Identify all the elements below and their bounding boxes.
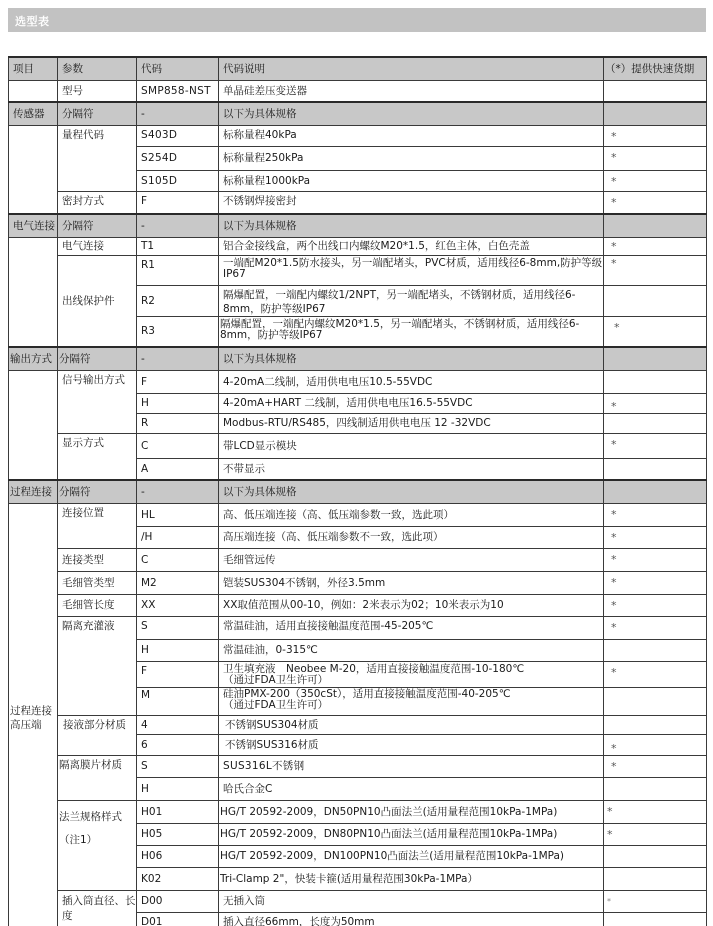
code-cell: S403D — [137, 125, 219, 146]
fast-cell: * — [604, 255, 707, 285]
table-row: 出线保护件 R1 一端配M20*1.5防水接头，另一端配堵头，PVC材质，适用线… — [9, 255, 707, 285]
fast-cell: * — [604, 734, 707, 755]
param-cell: 出线保护件 — [58, 255, 137, 347]
param-cell: 显示方式 — [58, 433, 137, 480]
desc-cell: 标称量程40kPa — [219, 125, 604, 146]
fast-cell: * — [604, 393, 707, 413]
code-cell: D01 — [137, 912, 219, 926]
code-cell: XX — [137, 594, 219, 616]
param-cell: 型号 — [58, 80, 137, 102]
fast-cell — [604, 687, 707, 715]
fast-cell — [604, 480, 707, 503]
param-cell: 插入筒直径、长度 — [58, 890, 137, 926]
desc-cell: 卫生填充液 Neobee M-20，适用直接接触温度范围-10-180℃ （通过… — [219, 661, 604, 687]
fast-cell: * — [604, 571, 707, 594]
param-cell: 分隔符 — [58, 102, 137, 125]
code-cell: H — [137, 393, 219, 413]
fast-cell: * — [604, 316, 707, 347]
code-cell: T1 — [137, 237, 219, 255]
desc-cell: 一端配M20*1.5防水接头，另一端配堵头，PVC材质，适用线径6-8mm,防护… — [219, 255, 604, 285]
table-row: 毛细管长度 XX XX取值范围从00-10，例如：2米表示为02；10米表示为1… — [9, 594, 707, 616]
item-cell: 过程连接 — [9, 480, 58, 503]
desc-line-1: 硅油PMX-200（350cSt），适用直接接触温度范围-40-205℃ — [223, 689, 603, 700]
header-param: 参数 — [58, 57, 137, 80]
param-cell: 分隔符 — [58, 480, 137, 503]
param-cell: 信号输出方式 — [58, 370, 137, 433]
desc-cell: 单晶硅差压变送器 — [219, 80, 604, 102]
header-code: 代码 — [137, 57, 219, 80]
code-cell: SMP858-NST — [137, 80, 219, 102]
param-cell: 接液部分材质 — [58, 715, 137, 755]
table-row: 毛细管类型 M2 铠装SUS304不锈钢，外径3.5mm * — [9, 571, 707, 594]
desc-cell: 标称量程1000kPa — [219, 170, 604, 191]
desc-cell: 不锈钢焊接密封 — [219, 191, 604, 214]
table-header-row: 项目 参数 代码 代码说明 （*）提供快速货期 — [9, 57, 707, 80]
fast-cell: * — [604, 433, 707, 458]
desc-cell: 以下为具体规格 — [219, 480, 604, 503]
fast-cell: * — [604, 125, 707, 146]
table-row: 电气连接 T1 铝合金接线盒，两个出线口内螺纹M20*1.5，红色主体，白色壳盖… — [9, 237, 707, 255]
param-cell: 隔离膜片材质 — [58, 755, 137, 800]
fast-cell — [604, 777, 707, 800]
fast-cell: * — [604, 616, 707, 639]
fast-cell: * — [604, 146, 707, 170]
item-cell — [9, 370, 58, 480]
code-cell: H01 — [137, 800, 219, 823]
fast-cell — [604, 102, 707, 125]
param-cell: 电气连接 — [58, 237, 137, 255]
param-cell: 连接类型 — [58, 548, 137, 571]
param-cell: 法兰规格样式 （注1） — [58, 800, 137, 890]
desc-cell: 常温硅油，0-315℃ — [219, 639, 604, 661]
separator-row: 输出方式 分隔符 - 以下为具体规格 — [9, 347, 707, 370]
param-cell: 分隔符 — [58, 214, 137, 237]
fast-cell — [604, 867, 707, 890]
separator-row: 电气连接 分隔符 - 以下为具体规格 — [9, 214, 707, 237]
fast-cell: * — [604, 503, 707, 526]
code-cell: F — [137, 191, 219, 214]
separator-row: 过程连接 分隔符 - 以下为具体规格 — [9, 480, 707, 503]
code-cell: 4 — [137, 715, 219, 734]
desc-line-2: （通过FDA卫生许可） — [223, 700, 603, 711]
code-cell: HL — [137, 503, 219, 526]
fast-cell: * — [604, 800, 707, 823]
fast-cell: * — [604, 526, 707, 548]
code-cell: C — [137, 433, 219, 458]
param-cell: 分隔符 — [58, 347, 137, 370]
fast-cell: * — [604, 594, 707, 616]
code-cell: /H — [137, 526, 219, 548]
param-cell: 毛细管类型 — [58, 571, 137, 594]
table-row: 法兰规格样式 （注1） H01 HG/T 20592-2009，DN50PN10… — [9, 800, 707, 823]
desc-cell: 以下为具体规格 — [219, 214, 604, 237]
fast-cell — [604, 214, 707, 237]
fast-cell — [604, 639, 707, 661]
param-cell: 量程代码 — [58, 125, 137, 191]
desc-cell: SUS316L不锈钢 — [219, 755, 604, 777]
table-row: 隔离膜片材质 S SUS316L不锈钢 * — [9, 755, 707, 777]
fast-cell — [604, 458, 707, 480]
desc-cell: 铝合金接线盒，两个出线口内螺纹M20*1.5，红色主体，白色壳盖 — [219, 237, 604, 255]
item-cell: 输出方式 — [9, 347, 58, 370]
code-cell: R2 — [137, 285, 219, 316]
desc-cell: 哈氏合金C — [219, 777, 604, 800]
param-cell: 隔离充灌液 — [58, 616, 137, 715]
desc-cell: HG/T 20592-2009，DN50PN10凸面法兰(适用量程范围10kPa… — [219, 800, 604, 823]
fast-cell — [604, 370, 707, 393]
header-item: 项目 — [9, 57, 58, 80]
desc-cell: HG/T 20592-2009，DN100PN10凸面法兰(适用量程范围10kP… — [219, 845, 604, 867]
code-cell: M — [137, 687, 219, 715]
code-cell: F — [137, 661, 219, 687]
param-cell: 密封方式 — [58, 191, 137, 214]
item-cell — [9, 125, 58, 214]
desc-cell: 不锈钢SUS316材质 — [219, 734, 604, 755]
fast-cell — [604, 413, 707, 433]
code-cell: H — [137, 639, 219, 661]
code-cell: 6 — [137, 734, 219, 755]
fast-cell — [604, 347, 707, 370]
desc-cell: 插入直径66mm，长度为50mm — [219, 912, 604, 926]
code-cell: S105D — [137, 170, 219, 191]
table-row: 显示方式 C 带LCD显示模块 * — [9, 433, 707, 458]
table-row: 隔离充灌液 S 常温硅油，适用直接接触温度范围-45-205℃ * — [9, 616, 707, 639]
item-cell: 传感器 — [9, 102, 58, 125]
code-cell: D00 — [137, 890, 219, 912]
code-cell: S — [137, 755, 219, 777]
table-row: 连接类型 C 毛细管远传 * — [9, 548, 707, 571]
item-cell: 过程连接高压端 — [9, 503, 58, 926]
fast-cell — [604, 285, 707, 316]
desc-cell: 无插入筒 — [219, 890, 604, 912]
fast-cell — [604, 845, 707, 867]
code-cell: M2 — [137, 571, 219, 594]
desc-cell: 4-20mA二线制，适用供电电压10.5-55VDC — [219, 370, 604, 393]
code-cell: S — [137, 616, 219, 639]
desc-cell: HG/T 20592-2009，DN80PN10凸面法兰(适用量程范围10kPa… — [219, 823, 604, 845]
code-cell: R — [137, 413, 219, 433]
code-cell: K02 — [137, 867, 219, 890]
table-row: 量程代码 S403D 标称量程40kPa * — [9, 125, 707, 146]
fast-cell: * — [604, 755, 707, 777]
code-cell: A — [137, 458, 219, 480]
fast-cell — [604, 912, 707, 926]
fast-cell — [604, 715, 707, 734]
flange-note: （注1） — [59, 829, 136, 852]
item-cell: 电气连接 — [9, 214, 58, 237]
fast-cell: * — [604, 170, 707, 191]
table-row: 插入筒直径、长度 D00 无插入筒 * — [9, 890, 707, 912]
desc-cell: 铠装SUS304不锈钢，外径3.5mm — [219, 571, 604, 594]
separator-row: 传感器 分隔符 - 以下为具体规格 — [9, 102, 707, 125]
code-cell: F — [137, 370, 219, 393]
desc-cell: Modbus-RTU/RS485，四线制适用供电电压 12 -32VDC — [219, 413, 604, 433]
item-cell — [9, 80, 58, 102]
selection-table: 项目 参数 代码 代码说明 （*）提供快速货期 型号 SMP858-NST 单晶… — [8, 56, 707, 926]
flange-param-label: 法兰规格样式 — [59, 806, 136, 829]
fast-cell: * — [604, 548, 707, 571]
desc-cell: 带LCD显示模块 — [219, 433, 604, 458]
desc-cell: 4-20mA+HART 二线制，适用供电电压16.5-55VDC — [219, 393, 604, 413]
header-fast-delivery: （*）提供快速货期 — [604, 57, 707, 80]
item-cell — [9, 237, 58, 347]
table-row: 过程连接高压端 连接位置 HL 高、低压端连接（高、低压端参数一致，选此项） * — [9, 503, 707, 526]
page-title: 选型表 — [15, 13, 50, 29]
desc-line-1: 卫生填充液 Neobee M-20，适用直接接触温度范围-10-180℃ — [223, 664, 603, 675]
desc-cell: 常温硅油，适用直接接触温度范围-45-205℃ — [219, 616, 604, 639]
code-cell: - — [137, 480, 219, 503]
fast-cell: * — [604, 823, 707, 845]
header-desc: 代码说明 — [219, 57, 604, 80]
desc-cell: 硅油PMX-200（350cSt），适用直接接触温度范围-40-205℃ （通过… — [219, 687, 604, 715]
desc-cell: Tri-Clamp 2"，快装卡箍(适用量程范围30kPa-1MPa） — [219, 867, 604, 890]
table-row: 型号 SMP858-NST 单晶硅差压变送器 — [9, 80, 707, 102]
code-cell: H06 — [137, 845, 219, 867]
desc-cell: XX取值范围从00-10，例如：2米表示为02；10米表示为10 — [219, 594, 604, 616]
code-cell: - — [137, 347, 219, 370]
desc-line-2: （通过FDA卫生许可） — [223, 675, 603, 686]
fast-cell: * — [604, 237, 707, 255]
param-cell: 毛细管长度 — [58, 594, 137, 616]
code-cell: H05 — [137, 823, 219, 845]
table-row: 密封方式 F 不锈钢焊接密封 * — [9, 191, 707, 214]
code-cell: R1 — [137, 255, 219, 285]
section-title-bar: 选型表 — [8, 8, 706, 32]
fast-cell: * — [604, 890, 707, 912]
desc-cell: 毛细管远传 — [219, 548, 604, 571]
desc-cell: 隔爆配置，一端配内螺纹M20*1.5，另一端配堵头，不锈钢材质，适用线径6-8m… — [219, 316, 604, 347]
code-cell: C — [137, 548, 219, 571]
table-row: 信号输出方式 F 4-20mA二线制，适用供电电压10.5-55VDC — [9, 370, 707, 393]
desc-cell: 隔爆配置，一端配内螺纹1/2NPT，另一端配堵头，不锈钢材质，适用线径6-8mm… — [219, 285, 604, 316]
desc-cell: 不带显示 — [219, 458, 604, 480]
desc-cell: 高、低压端连接（高、低压端参数一致，选此项） — [219, 503, 604, 526]
code-cell: - — [137, 214, 219, 237]
code-cell: R3 — [137, 316, 219, 347]
table-row: 接液部分材质 4 不锈钢SUS304材质 — [9, 715, 707, 734]
param-cell: 连接位置 — [58, 503, 137, 548]
code-cell: S254D — [137, 146, 219, 170]
code-cell: - — [137, 102, 219, 125]
desc-cell: 不锈钢SUS304材质 — [219, 715, 604, 734]
code-cell: H — [137, 777, 219, 800]
desc-cell: 以下为具体规格 — [219, 102, 604, 125]
desc-cell: 以下为具体规格 — [219, 347, 604, 370]
desc-cell: 标称量程250kPa — [219, 146, 604, 170]
desc-cell: 高压端连接（高、低压端参数不一致，选此项） — [219, 526, 604, 548]
fast-cell: * — [604, 191, 707, 214]
fast-cell: * — [604, 661, 707, 687]
fast-cell — [604, 80, 707, 102]
